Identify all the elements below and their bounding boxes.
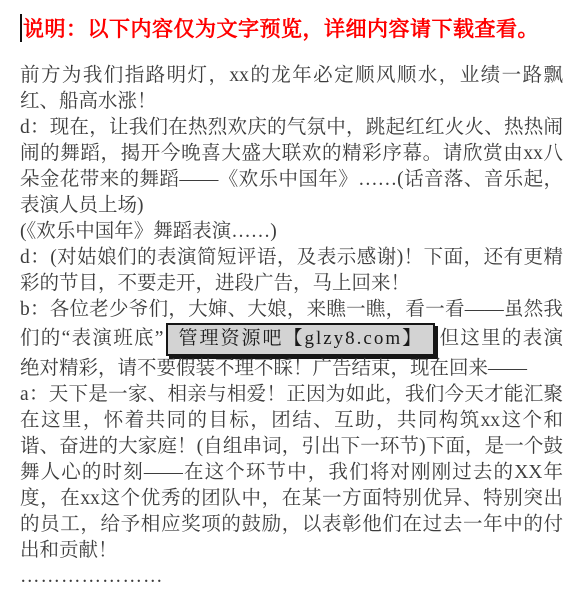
document-text: 前方为我们指路明灯，xx的龙年必定顺风顺水，业绩一路飘红、船高水涨！ d：现在，… (20, 63, 563, 590)
paragraph-stage-note: (《欢乐中国年》舞蹈表演……) (20, 219, 563, 245)
text-cursor (20, 14, 22, 42)
preview-notice: 说明：以下内容仅为文字预览，详细内容请下载查看。 (23, 17, 539, 41)
watermark-box[interactable]: 管理资源吧【glzy8.com】 (166, 323, 435, 356)
paragraph-host-a-awards: a：天下是一家、相亲与相爱！正因为如此，我们今天才能汇聚在这里，怀着共同的目标，… (20, 382, 563, 564)
document-preview-page: 说明：以下内容仅为文字预览，详细内容请下载查看。 前方为我们指路明灯，xx的龙年… (0, 0, 578, 600)
paragraph-host-d-dance: d：现在，让我们在热烈欢庆的气氛中，跳起红红火火、热热闹闹的舞蹈，揭开今晚喜大盛… (20, 115, 563, 219)
paragraph-host-b-with-watermark: b：各位老少爷们，大婶、大娘，来瞧一瞧，看一看——虽然我们的“表演班底”管理资源… (20, 297, 563, 382)
ellipsis-line: ………………… (20, 564, 563, 590)
preview-notice-line: 说明：以下内容仅为文字预览，详细内容请下载查看。 (20, 12, 562, 49)
paragraph-intro: 前方为我们指路明灯，xx的龙年必定顺风顺水，业绩一路飘红、船高水涨！ (20, 63, 563, 115)
paragraph-host-d-comment: d：(对姑娘们的表演简短评语，及表示感谢)！下面，还有更精彩的节目，不要走开，进… (20, 245, 563, 297)
